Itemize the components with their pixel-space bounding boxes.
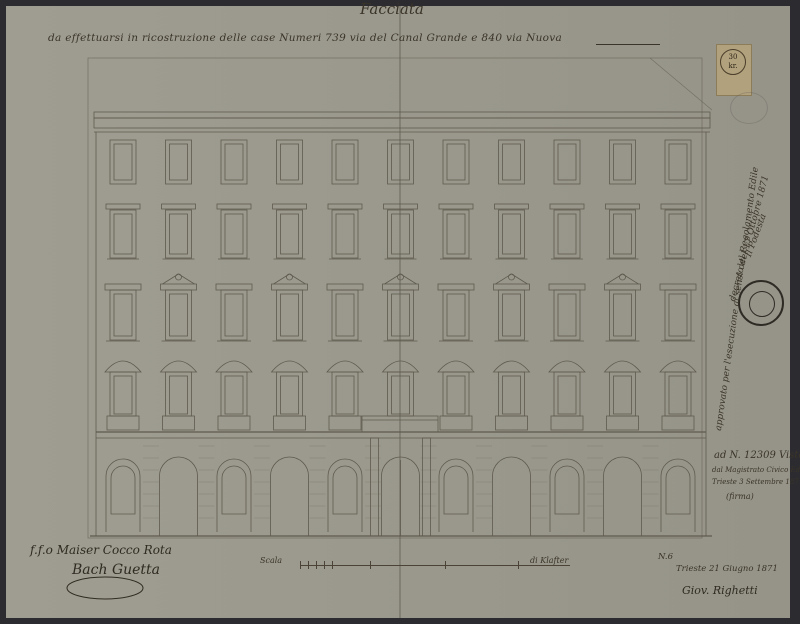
scale-label-right: di Klafter — [530, 556, 568, 565]
scale-tick — [370, 561, 371, 569]
scale-tick — [316, 561, 317, 569]
right-signature-date: Trieste 21 Giugno 1871 — [676, 564, 778, 574]
scale-bar: Scala di Klafter — [260, 556, 590, 570]
scale-line — [300, 565, 570, 566]
scale-label-left: Scala — [260, 556, 282, 565]
scale-tick — [324, 561, 325, 569]
signature-flourish — [0, 0, 800, 624]
scale-tick — [332, 561, 333, 569]
right-signature-name: Giov. Righetti — [682, 584, 758, 597]
scale-tick — [518, 561, 519, 569]
right-signature-prefix: N.6 — [658, 552, 673, 562]
scale-tick — [445, 561, 446, 569]
scale-tick — [300, 561, 301, 569]
scale-tick — [308, 561, 309, 569]
